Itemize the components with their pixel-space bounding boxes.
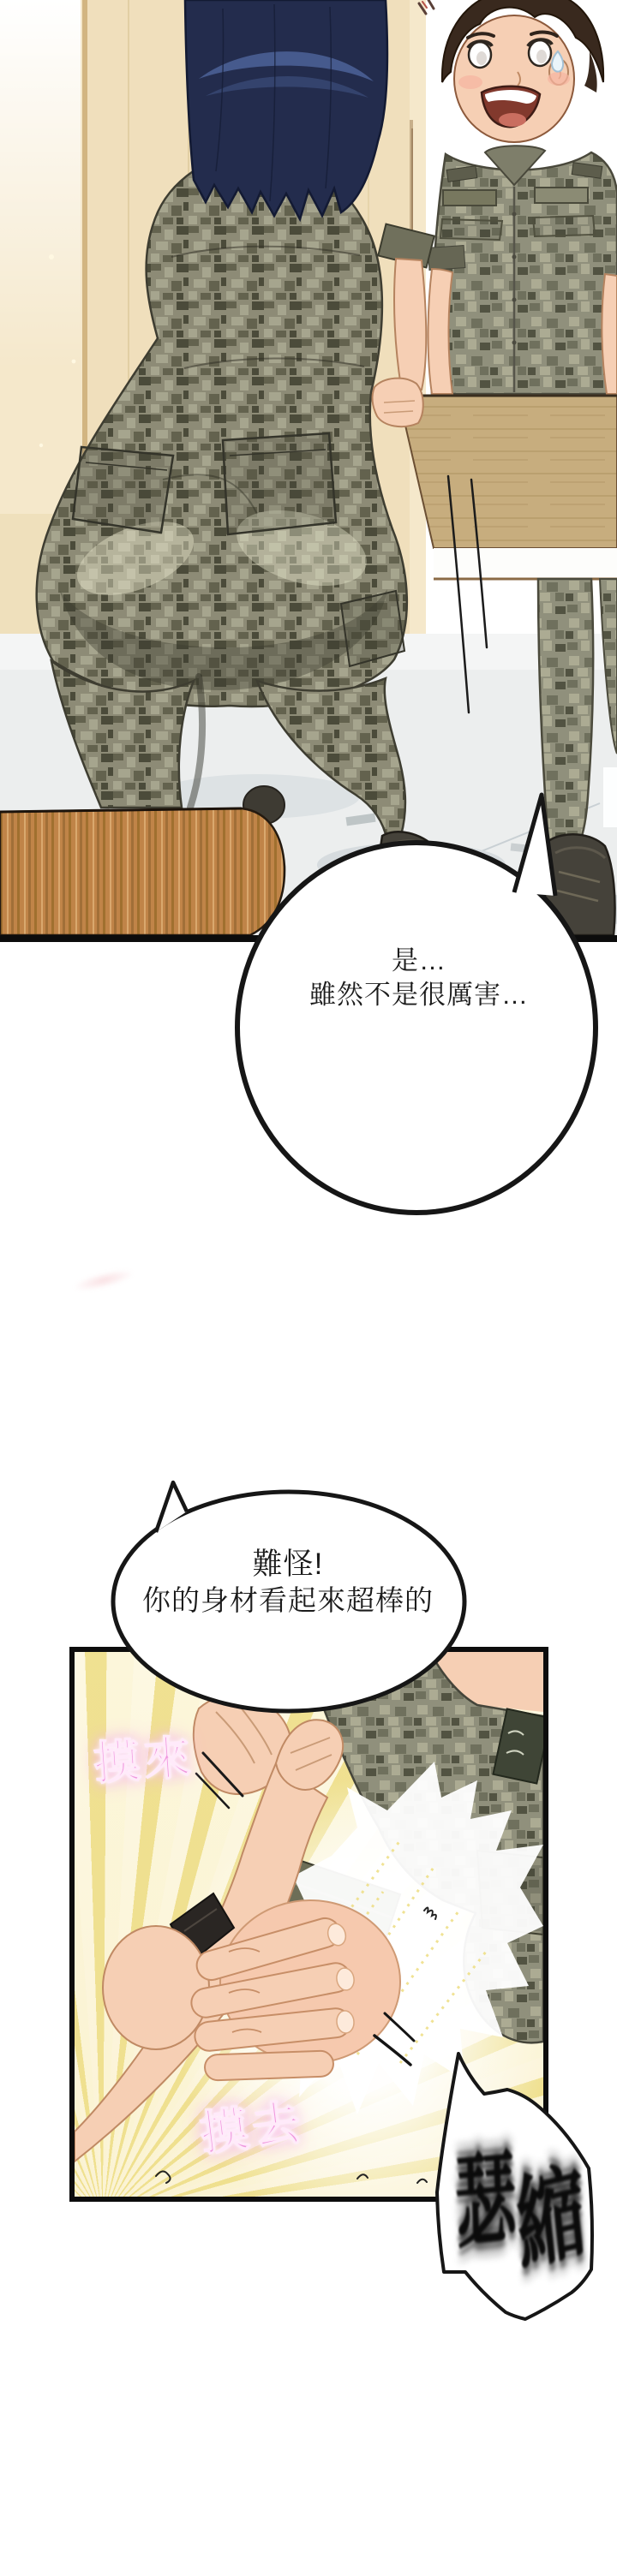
sfx-flinch-char2: 縮 bbox=[512, 2160, 591, 2278]
sfx-grope-top: 摸來 bbox=[91, 1720, 196, 1793]
bubble2-line2: 你的身材看起來超棒的 bbox=[142, 1583, 434, 1619]
sfx-flinch-char1: 瑟 bbox=[453, 2148, 518, 2256]
back-pocket-right bbox=[223, 433, 336, 534]
back-pocket-left bbox=[73, 447, 173, 533]
woman-hair bbox=[185, 0, 387, 219]
bubble1-text: 是… 雖然不是很厲害… bbox=[309, 944, 529, 1012]
pink-smudge bbox=[71, 1265, 136, 1295]
sfx-grope-bottom: 摸去 bbox=[196, 2084, 308, 2165]
bubble2-text: 難怪! 你的身材看起來超棒的 bbox=[142, 1547, 434, 1619]
bubble2-line1: 難怪! bbox=[142, 1547, 434, 1583]
bubble1-line2: 雖然不是很厲害… bbox=[309, 978, 529, 1012]
bubble1-tail bbox=[514, 795, 555, 896]
comic-page: 是… 雖然不是很厲害… bbox=[0, 0, 617, 2576]
woman-hand bbox=[373, 379, 423, 427]
bubble1-line1: 是… bbox=[309, 944, 529, 978]
name-tape-right bbox=[535, 188, 588, 203]
name-tape-left bbox=[443, 190, 496, 206]
sfx-flinch-bubble: 瑟 縮 bbox=[424, 2042, 617, 2334]
